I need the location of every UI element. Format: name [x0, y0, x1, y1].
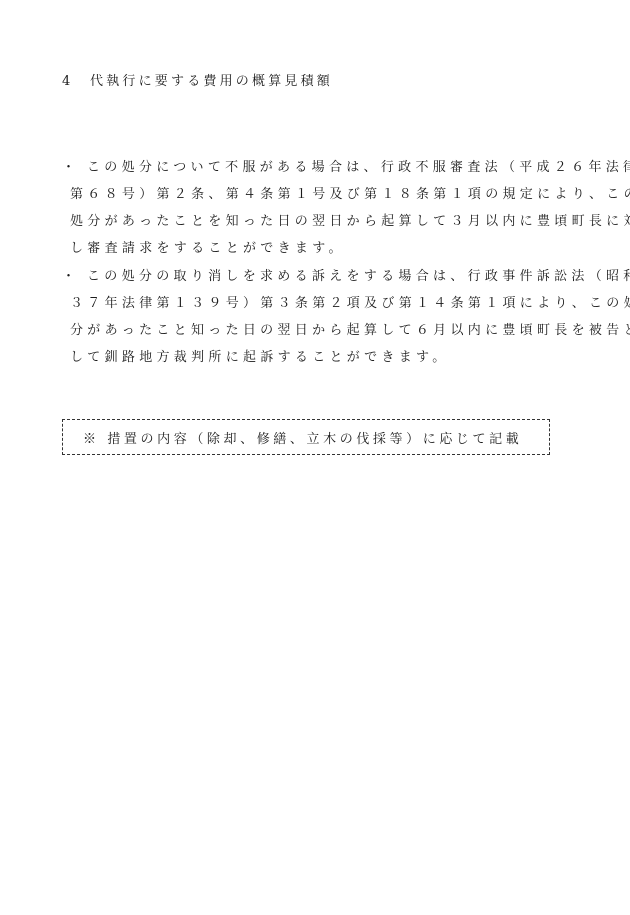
notice-line: 第６８号）第２条、第４条第１号及び第１８条第１項の規定により、この: [70, 183, 630, 202]
notice-line: この処分について不服がある場合は、行政不服審査法（平成２６年法律: [87, 156, 630, 175]
notice-line: し審査請求をすることができます。: [70, 237, 346, 256]
instruction-text: ※ 措置の内容（除却、修繕、立木の伐採等）に応じて記載: [83, 428, 522, 447]
notice-line: して釧路地方裁判所に起訴することができます。: [70, 346, 450, 365]
bullet-marker: ・: [62, 265, 75, 284]
section-title: 代執行に要する費用の概算見積額: [90, 74, 333, 89]
notice-line: 処分があったことを知った日の翌日から起算して３月以内に豊頃町長に対: [70, 210, 630, 229]
section-number: 4: [62, 74, 90, 89]
section-heading: 4代執行に要する費用の概算見積額: [62, 70, 333, 89]
bullet-marker: ・: [62, 156, 75, 175]
notice-line: ３７年法律第１３９号）第３条第２項及び第１４条第１項により、この処: [70, 292, 630, 311]
notice-line: 分があったこと知った日の翌日から起算して６月以内に豊頃町長を被告と: [70, 319, 630, 338]
instruction-box: ※ 措置の内容（除却、修繕、立木の伐採等）に応じて記載: [62, 419, 550, 455]
notice-line: この処分の取り消しを求める訴えをする場合は、行政事件訴訟法（昭和: [87, 265, 630, 284]
